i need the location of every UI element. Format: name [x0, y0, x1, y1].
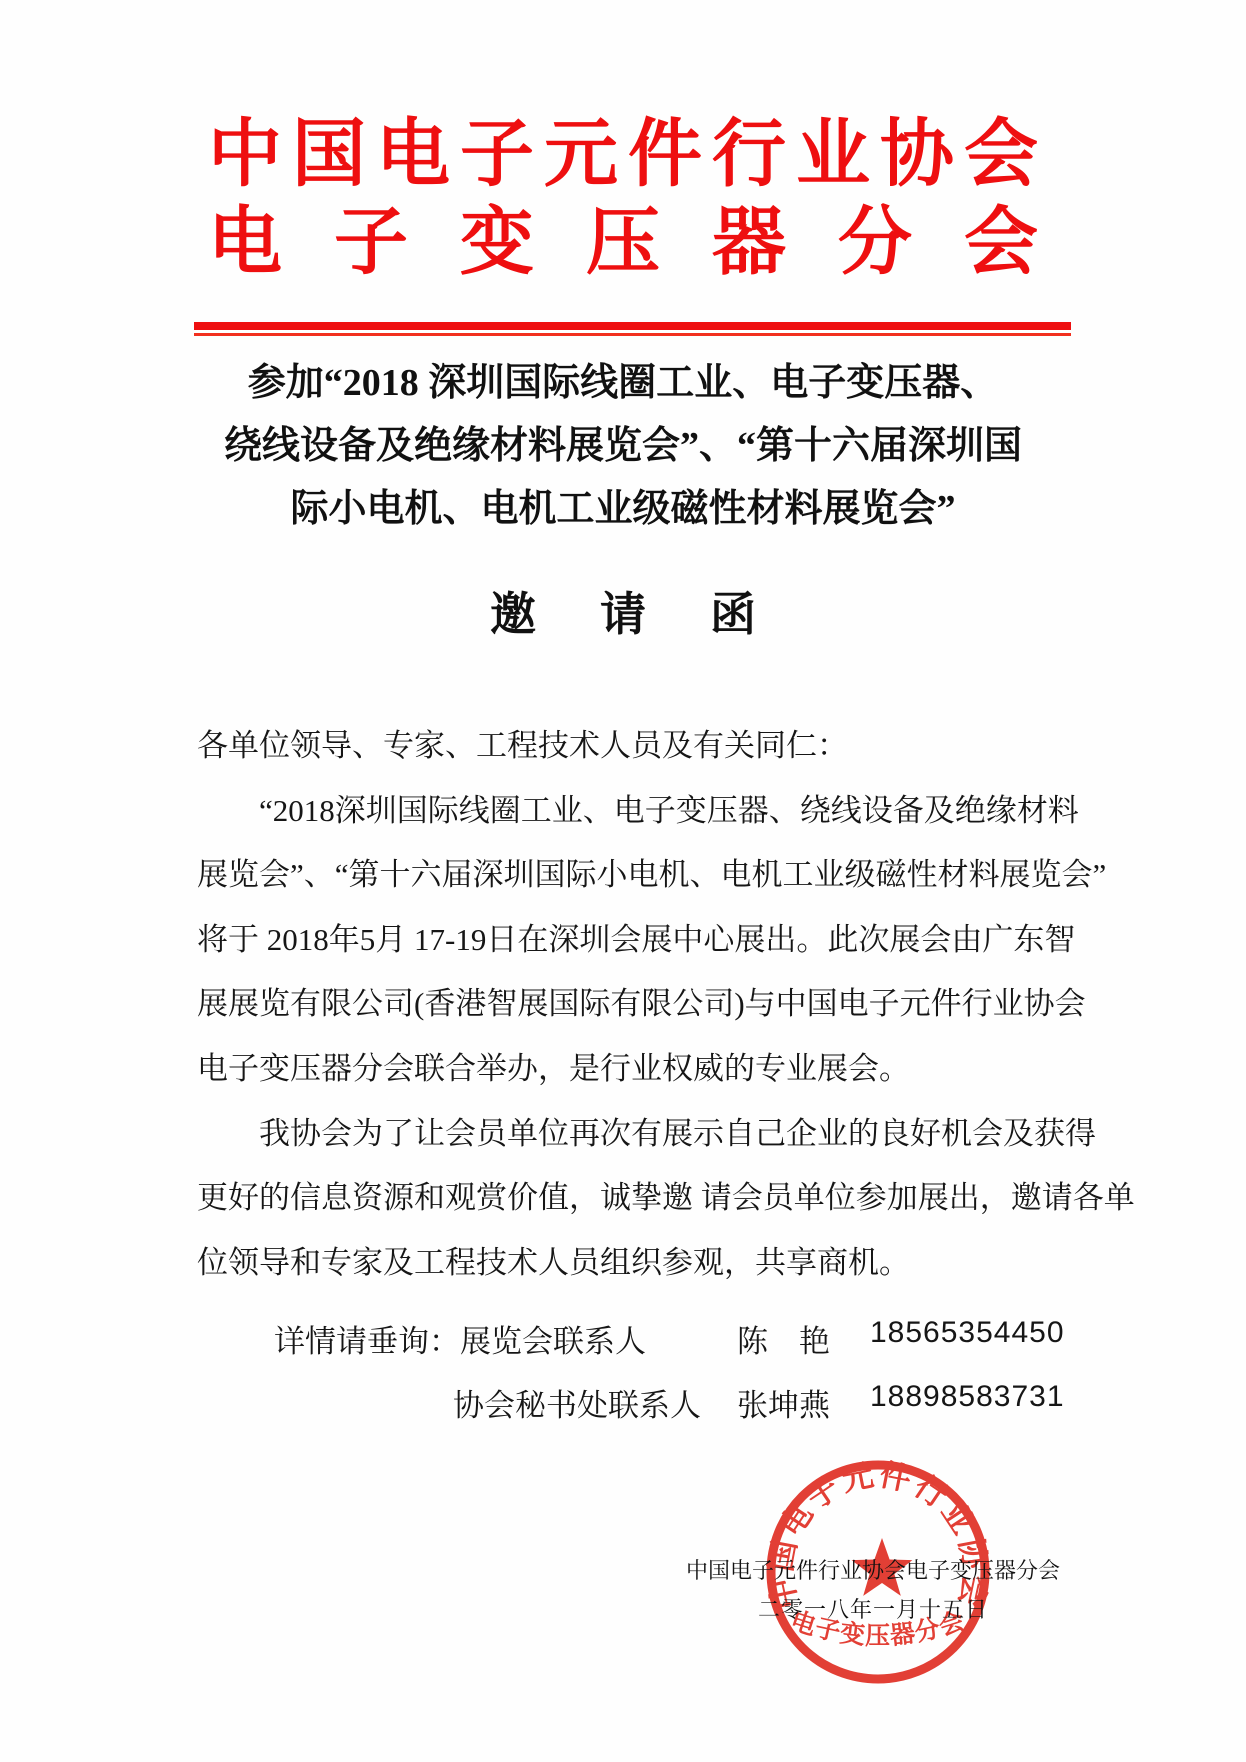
document-title: 参加“2018 深圳国际线圈工业、电子变压器、 绕线设备及绝缘材料展览会”、“第… [0, 352, 1246, 541]
paragraph2-line: 位领导和专家及工程技术人员组织参观，共享商机。 [197, 1231, 1057, 1296]
signature-organization: 中国电子元件行业协会电子变压器分会 [573, 1551, 1173, 1590]
contact-phone: 18898583731 [870, 1380, 1065, 1414]
contact-row-secretariat: 协会秘书处联系人 张坤燕 18898583731 [197, 1380, 1057, 1444]
paragraph1-line: 电子变压器分会联合举办，是行业权威的专业展会。 [197, 1037, 1057, 1102]
contact-section: 详情请垂询：展览会联系人 陈 艳 18565354450 协会秘书处联系人 张坤… [197, 1316, 1057, 1444]
paragraph1-line: 展览会”、“第十六届深圳国际小电机、电机工业级磁性材料展览会” [197, 843, 1057, 908]
paragraph1-line: “2018深圳国际线圈工业、电子变压器、绕线设备及绝缘材料 [197, 779, 1057, 844]
signature-date: 二零一八年一月十五日 [573, 1590, 1173, 1629]
contact-label: 详情请垂询：展览会联系人 [274, 1316, 646, 1361]
contact-label: 协会秘书处联系人 [453, 1380, 701, 1425]
paragraph2-line: 我协会为了让会员单位再次有展示自己企业的良好机会及获得 [197, 1102, 1057, 1167]
paragraph1-line: 将于 2018年5月 17-19日在深圳会展中心展出。此次展会由广东智 [197, 908, 1057, 973]
letter-body: 各单位领导、专家、工程技术人员及有关同仁： “2018深圳国际线圈工业、电子变压… [197, 714, 1057, 1295]
invitation-letter-page: 中国电子元件行业协会 电子变压器分会 参加“2018 深圳国际线圈工业、电子变压… [0, 0, 1246, 1762]
title-line-2: 绕线设备及绝缘材料展览会”、“第十六届深圳国 [0, 415, 1246, 478]
paragraph1-line: 展展览有限公司(香港智展国际有限公司)与中国电子元件行业协会 [197, 972, 1057, 1037]
letterhead-divider-rule [194, 322, 1071, 336]
title-line-3: 际小电机、电机工业级磁性材料展览会” [0, 478, 1246, 541]
contact-phone: 18565354450 [870, 1316, 1065, 1350]
title-line-1: 参加“2018 深圳国际线圈工业、电子变压器、 [0, 352, 1246, 415]
contact-row-exhibition: 详情请垂询：展览会联系人 陈 艳 18565354450 [197, 1316, 1057, 1380]
invitation-subtitle: 邀请函 [0, 578, 1246, 644]
signature-block: 中国电子元件行业协会电子变压器分会 二零一八年一月十五日 [573, 1551, 1173, 1629]
letterhead-line2: 电子变压器分会 [0, 206, 1246, 280]
paragraph2-line: 更好的信息资源和观赏价值，诚挚邀 请会员单位参加展出，邀请各单 [197, 1166, 1057, 1231]
letterhead-line1: 中国电子元件行业协会 [0, 118, 1246, 192]
contact-name: 张坤燕 [737, 1380, 830, 1425]
salutation: 各单位领导、专家、工程技术人员及有关同仁： [197, 714, 1057, 779]
contact-name: 陈 艳 [737, 1316, 830, 1361]
